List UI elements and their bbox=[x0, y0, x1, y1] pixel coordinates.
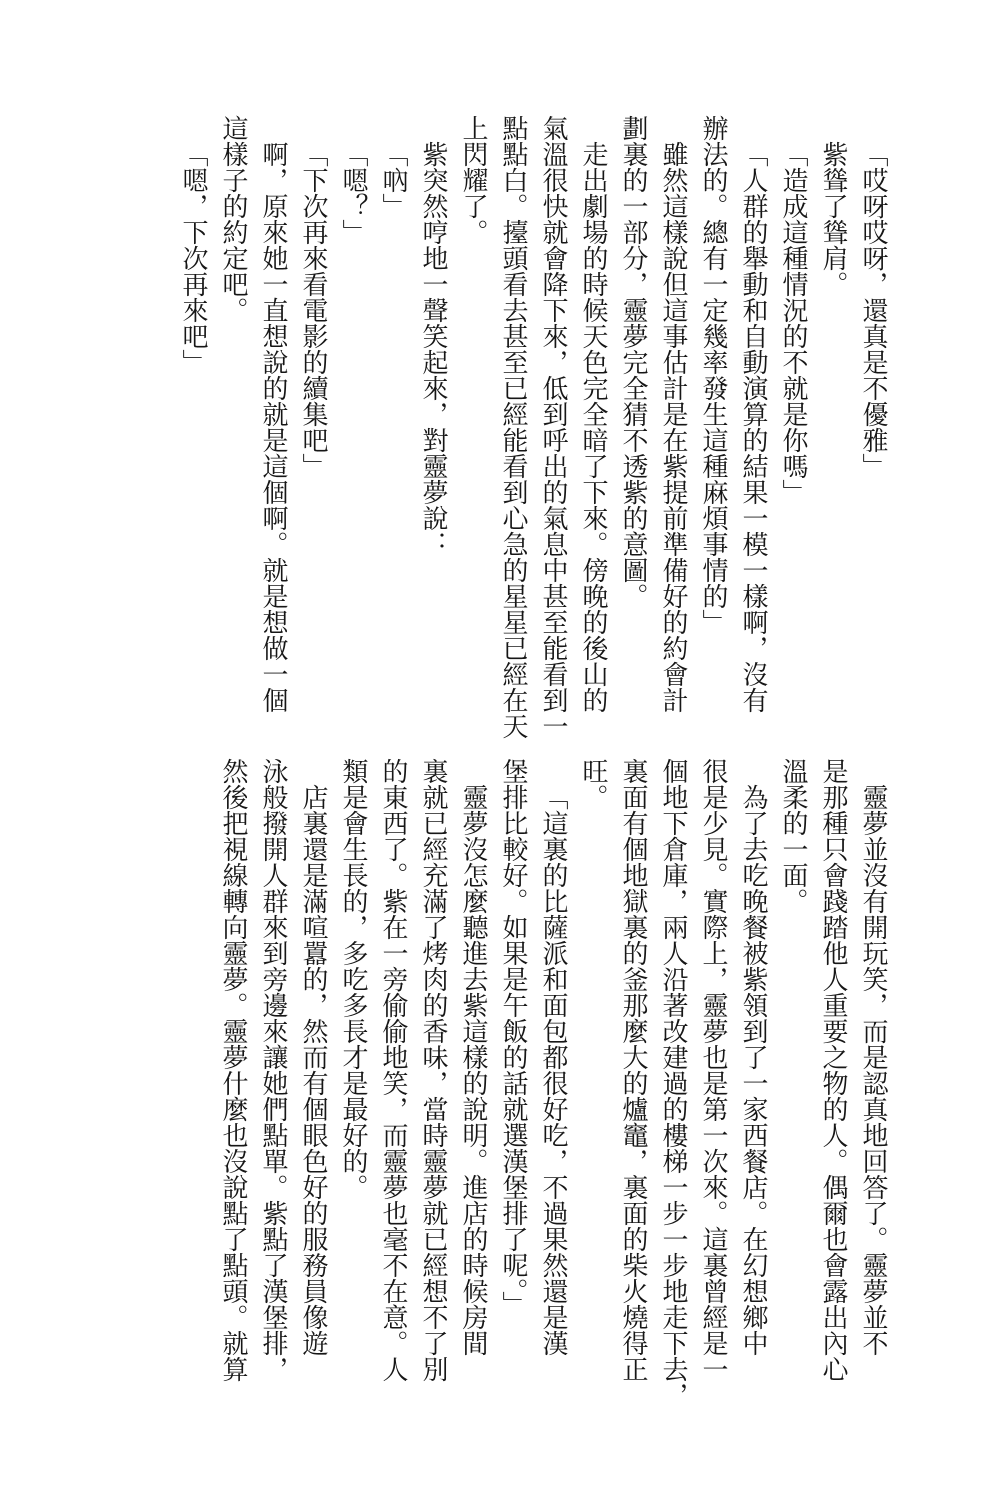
text-column: 啊，原來她一直想說的就是這個啊。就是想做一個 bbox=[253, 115, 293, 719]
text-column: 旺。 bbox=[573, 758, 613, 1362]
text-column: 「哎呀哎呀，還真是不優雅」 bbox=[853, 115, 893, 719]
text-column: 「嗯？」 bbox=[333, 115, 373, 719]
text-column: 是那種只會踐踏他人重要之物的人。偶爾也會露出內心 bbox=[813, 758, 853, 1362]
text-column: 「人群的舉動和自動演算的結果一模一樣啊，沒有 bbox=[733, 115, 773, 719]
text-column: 個地下倉庫，兩人沿著改建過的樓梯一步一步地走下去， bbox=[653, 758, 693, 1362]
text-column: 紫突然哼地一聲笑起來，對靈夢說： bbox=[413, 115, 453, 719]
text-column: 「吶」 bbox=[373, 115, 413, 719]
text-column: 泳般撥開人群來到旁邊來讓她們點單。紫點了漢堡排， bbox=[253, 758, 293, 1362]
text-column: 然後把視線轉向靈夢。靈夢什麼也沒說點了點頭。就算 bbox=[213, 758, 253, 1362]
text-column: 「下次再來看電影的續集吧」 bbox=[293, 115, 333, 719]
text-column: 很是少見。實際上，靈夢也是第一次來。這裏曾經是一 bbox=[693, 758, 733, 1362]
text-column: 走出劇場的時候天色完全暗了下來。傍晚的後山的 bbox=[573, 115, 613, 719]
text-column: 「這裏的比薩派和面包都很好吃，不過果然還是漢 bbox=[533, 758, 573, 1362]
text-column: 雖然這樣說但這事估計是在紫提前準備好的約會計 bbox=[653, 115, 693, 719]
text-column: 「嗯，下次再來吧」 bbox=[173, 115, 213, 719]
text-column: 的東西了。紫在一旁偷偷地笑，而靈夢也毫不在意。人 bbox=[373, 758, 413, 1362]
text-column: 這樣子的約定吧。 bbox=[213, 115, 253, 719]
text-column: 類是會生長的，多吃多長才是最好的。 bbox=[333, 758, 373, 1362]
text-column: 溫柔的一面。 bbox=[773, 758, 813, 1362]
text-column: 氣溫很快就會降下來，低到呼出的氣息中甚至能看到一 bbox=[533, 115, 573, 719]
text-column: 點點白。擡頭看去甚至已經能看到心急的星星已經在天 bbox=[493, 115, 533, 719]
text-column: 靈夢並沒有開玩笑，而是認真地回答了。靈夢並不 bbox=[853, 758, 893, 1362]
novel-page: 「哎呀哎呀，還真是不優雅」 紫聳了聳肩。 「造成這種情況的不就是你嗎」 「人群的… bbox=[0, 0, 1007, 1488]
text-column: 「造成這種情況的不就是你嗎」 bbox=[773, 115, 813, 719]
text-column: 裏面有個地獄裏的釜那麼大的爐竈，裏面的柴火燒得正 bbox=[613, 758, 653, 1362]
text-column: 裏就已經充滿了烤肉的香味，當時靈夢就已經想不了別 bbox=[413, 758, 453, 1362]
text-column: 店裏還是滿喧囂的，然而有個眼色好的服務員像遊 bbox=[293, 758, 333, 1362]
text-column: 劃裏的一部分，靈夢完全猜不透紫的意圖。 bbox=[613, 115, 653, 719]
text-column: 紫聳了聳肩。 bbox=[813, 115, 853, 719]
text-band-top: 「哎呀哎呀，還真是不優雅」 紫聳了聳肩。 「造成這種情況的不就是你嗎」 「人群的… bbox=[173, 115, 893, 719]
text-band-bottom: 靈夢並沒有開玩笑，而是認真地回答了。靈夢並不 是那種只會踐踏他人重要之物的人。偶… bbox=[213, 758, 893, 1362]
text-column: 為了去吃晚餐被紫領到了一家西餐店。在幻想鄉中 bbox=[733, 758, 773, 1362]
text-column: 靈夢沒怎麼聽進去紫這樣的說明。進店的時候房間 bbox=[453, 758, 493, 1362]
text-column: 堡排比較好。如果是午飯的話就選漢堡排了呢。」 bbox=[493, 758, 533, 1362]
text-column: 辦法的。總有一定幾率發生這種麻煩事情的」 bbox=[693, 115, 733, 719]
text-column: 上閃耀了。 bbox=[453, 115, 493, 719]
